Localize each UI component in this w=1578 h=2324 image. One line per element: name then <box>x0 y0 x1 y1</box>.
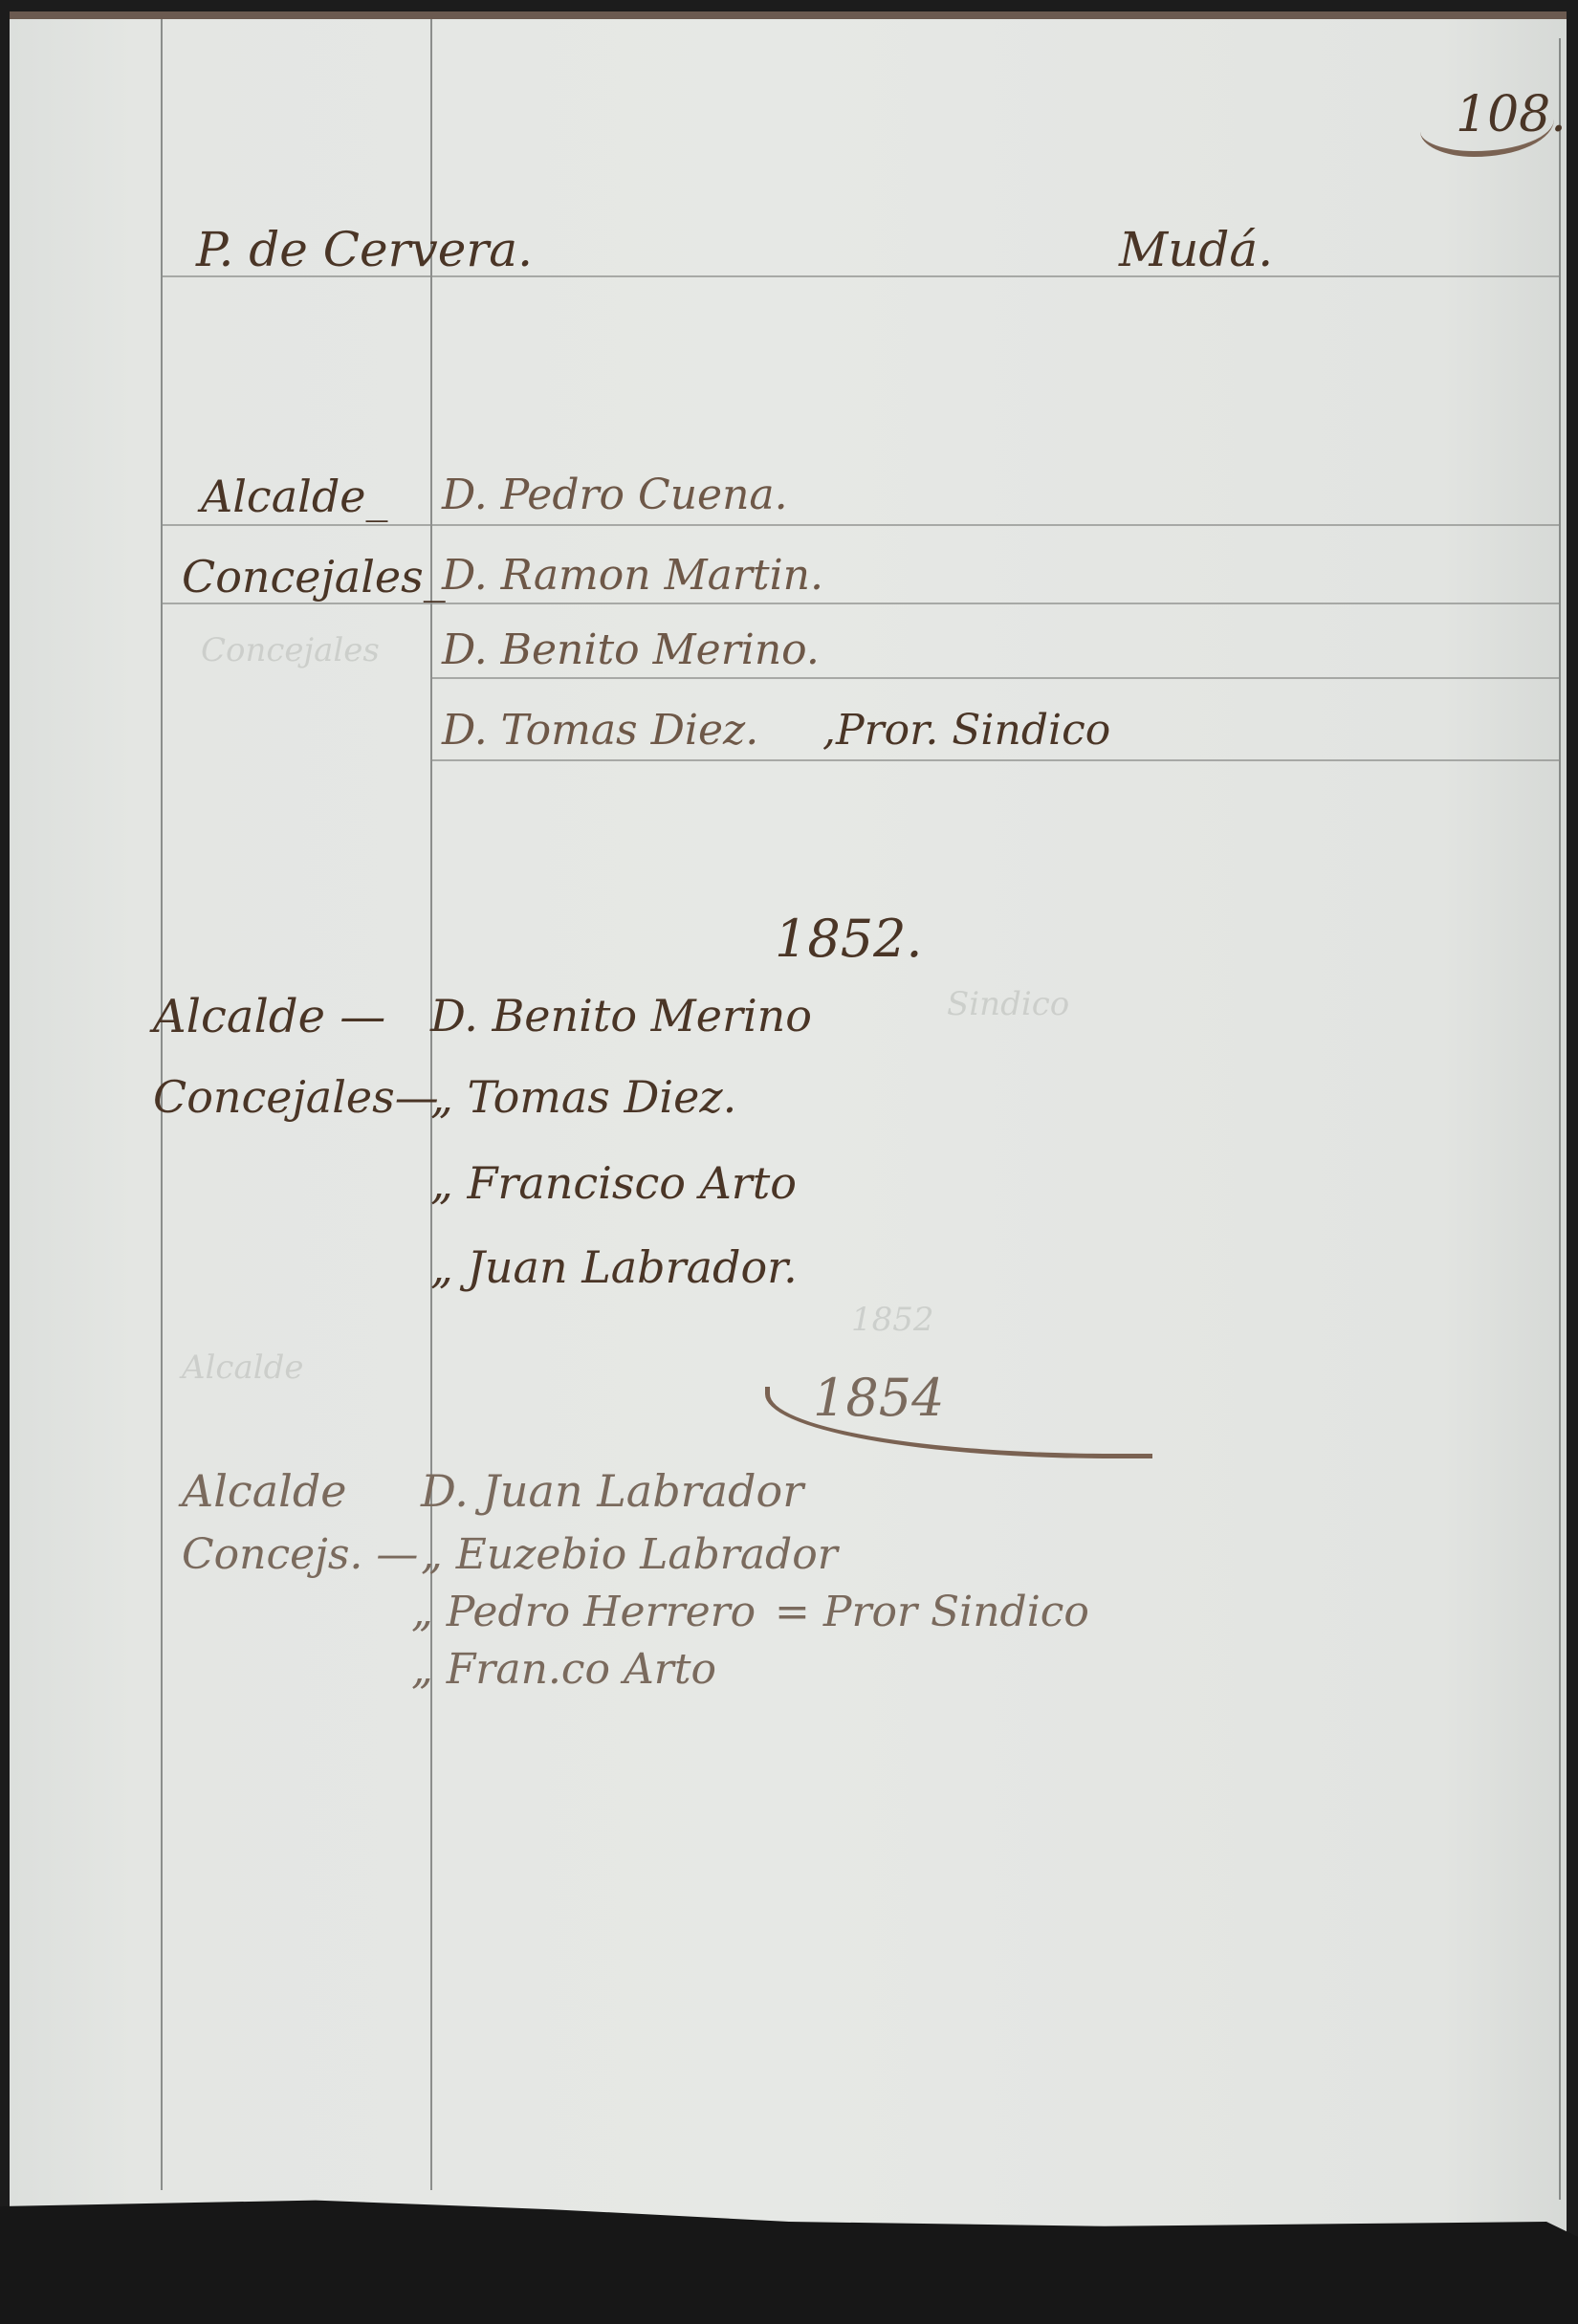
entry-note-sindico: = Pror Sindico <box>775 1588 1089 1636</box>
place-heading: P. de Cervera. <box>196 222 533 277</box>
line-rule-3 <box>430 677 1559 679</box>
role-alcalde: Alcalde — <box>153 990 385 1043</box>
line-rule-4 <box>430 759 1559 761</box>
municipality-heading: Mudá. <box>1119 222 1273 277</box>
entry-name: „ Fran.co Arto <box>411 1645 716 1694</box>
bleed-through-text: Sindico <box>947 985 1069 1023</box>
entry-note-sindico: ,Pror. Sindico <box>822 706 1110 755</box>
right-margin-rule <box>1559 38 1561 2200</box>
entry-name: „ Pedro Herrero <box>411 1588 756 1636</box>
entry-name: D. Juan Labrador <box>421 1465 803 1517</box>
role-concejales: Concejales— <box>153 1071 439 1123</box>
role-concejales: Concejs. — <box>182 1530 418 1579</box>
bleed-through-text: Concejales <box>201 631 380 669</box>
bleed-through-text: 1852 <box>851 1301 934 1339</box>
entry-name: „ Francisco Arto <box>430 1157 797 1209</box>
entry-name: D. Benito Merino <box>430 990 812 1041</box>
year-heading: 1852. <box>775 909 923 969</box>
folio-flourish <box>1420 94 1554 157</box>
entry-name: D. Ramon Martin. <box>442 551 823 600</box>
entry-name: D. Benito Merino. <box>442 625 820 674</box>
year-flourish <box>765 1387 1152 1458</box>
register-page: 108. P. de Cervera. Mudá. Alcalde_ D. Pe… <box>10 11 1567 2314</box>
line-rule-2 <box>163 603 1559 604</box>
entry-name: „ Tomas Diez. <box>430 1071 736 1123</box>
role-alcalde: Alcalde_ <box>201 471 388 522</box>
role-alcalde: Alcalde <box>182 1465 347 1517</box>
role-concejales: Concejales_ <box>182 551 446 603</box>
line-rule-1 <box>163 524 1559 526</box>
bleed-through-text: Alcalde <box>182 1348 304 1387</box>
entry-name: D. Tomas Diez. <box>442 706 758 755</box>
entry-name: „ Euzebio Labrador <box>421 1530 838 1579</box>
entry-name: „ Juan Labrador. <box>430 1241 798 1293</box>
entry-name: D. Pedro Cuena. <box>442 471 788 519</box>
